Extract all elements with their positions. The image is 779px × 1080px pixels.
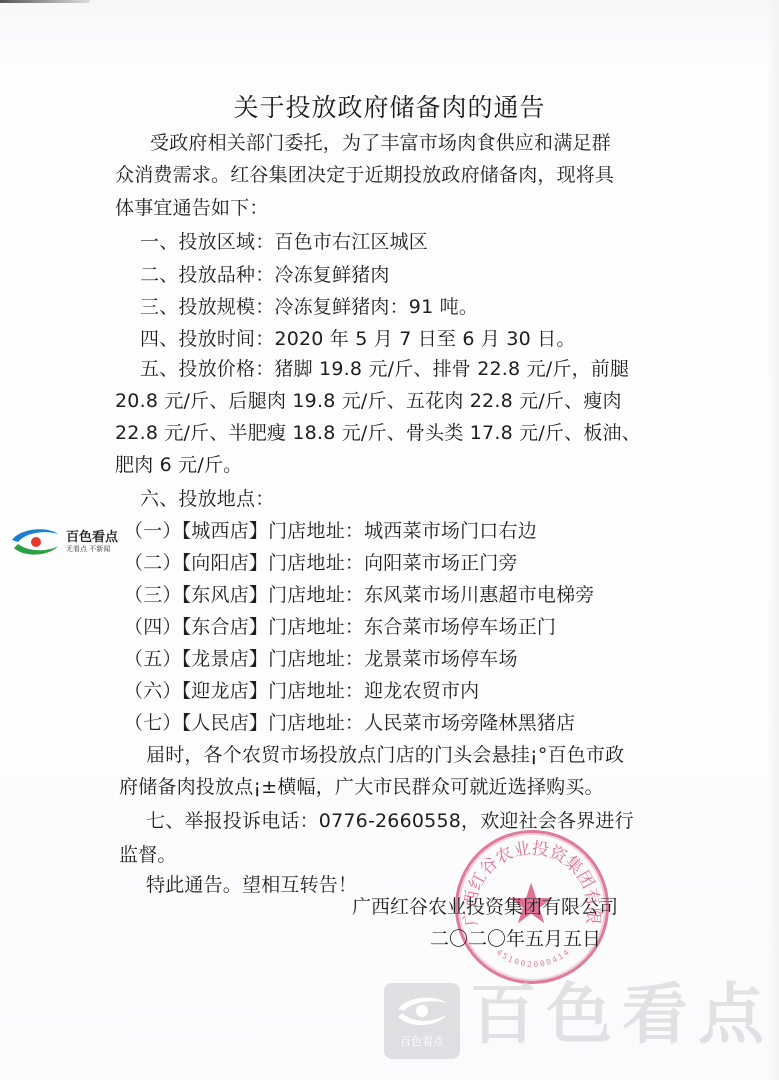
scan-edge-shadow (0, 0, 90, 3)
side-logo-slogan: 无看点 不新闻 (66, 544, 110, 554)
location-item: （七）【人民店】门店地址：人民菜市场旁隆林黑猪店 (124, 708, 575, 735)
watermark-logo: 百色看点 (384, 983, 460, 1059)
closing-text: 特此通告。望相互转告！ (146, 870, 357, 897)
location-item: （五）【龙景店】门店地址：龙景菜市场停车场 (124, 644, 518, 671)
signature-date: 二〇二〇年五月五日 (430, 924, 601, 951)
notice-line-1: 届时，各个农贸市场投放点门店的门头会悬挂¡°百色市政 (146, 740, 624, 767)
side-logo-name: 百色看点 (66, 526, 118, 545)
document-title: 关于投放政府储备肉的通告 (0, 88, 779, 124)
hotline-line-2: 监督。 (119, 840, 177, 867)
document-page: 关于投放政府储备肉的通告 受政府相关部门委托，为了丰富市场肉食供应和满足群 众消… (0, 0, 779, 1080)
price-line-2: 20.8 元/斤、后腿肉 19.8 元/斤、五花肉 22.8 元/斤、瘦肉 (115, 386, 622, 413)
scan-edge-right (767, 0, 779, 1080)
intro-line-2: 众消费需求。红谷集团决定于近期投放政府储备肉，现将具 (115, 160, 614, 187)
item-variety: 二、投放品种：冷冻复鲜猪肉 (140, 260, 390, 287)
price-line-1: 五、投放价格：猪脚 19.8 元/斤、排骨 22.8 元/斤，前腿 (140, 354, 629, 381)
intro-line-1: 受政府相关部门委托，为了丰富市场肉食供应和满足群 (150, 128, 611, 155)
eye-logo-icon (10, 526, 60, 558)
hotline-line-1: 七、举报投诉电话：0776-2660558，欢迎社会各界进行 (146, 806, 634, 833)
location-item: （六）【迎龙店】门店地址：迎龙农贸市内 (124, 676, 479, 703)
watermark-small-label: 百色看点 (384, 1033, 460, 1049)
item-area: 一、投放区域：百色市右江区城区 (140, 227, 428, 254)
watermark-eye-icon (394, 995, 450, 1029)
signature-company: 广西红谷农业投资集团有限公司 (352, 892, 618, 919)
location-item: （四）【东合店】门店地址：东合菜市场停车场正门 (124, 612, 556, 639)
item-scale: 三、投放规模：冷冻复鲜猪肉：91 吨。 (140, 292, 478, 319)
location-item: （一）【城西店】门店地址：城西菜市场门口右边 (124, 516, 537, 543)
price-line-4: 肥肉 6 元/斤。 (115, 450, 242, 477)
price-line-3: 22.8 元/斤、半肥瘦 18.8 元/斤、骨头类 17.8 元/斤、板油、 (115, 418, 641, 445)
watermark-big-label: 百色看点 (470, 982, 774, 1048)
item-time: 四、投放时间：2020 年 5 月 7 日至 6 月 30 日。 (140, 324, 576, 351)
intro-line-3: 体事宜通告如下： (115, 193, 269, 220)
location-item: （三）【东风店】门店地址：东风菜市场川惠超市电梯旁 (124, 580, 595, 607)
locations-heading: 六、投放地点： (140, 484, 274, 511)
location-item: （二）【向阳店】门店地址：向阳菜市场正门旁 (124, 548, 518, 575)
side-logo: 百色看点 无看点 不新闻 (6, 522, 136, 562)
notice-line-2: 府储备肉投放点¡±横幅，广大市民群众可就近选择购买。 (119, 772, 604, 799)
